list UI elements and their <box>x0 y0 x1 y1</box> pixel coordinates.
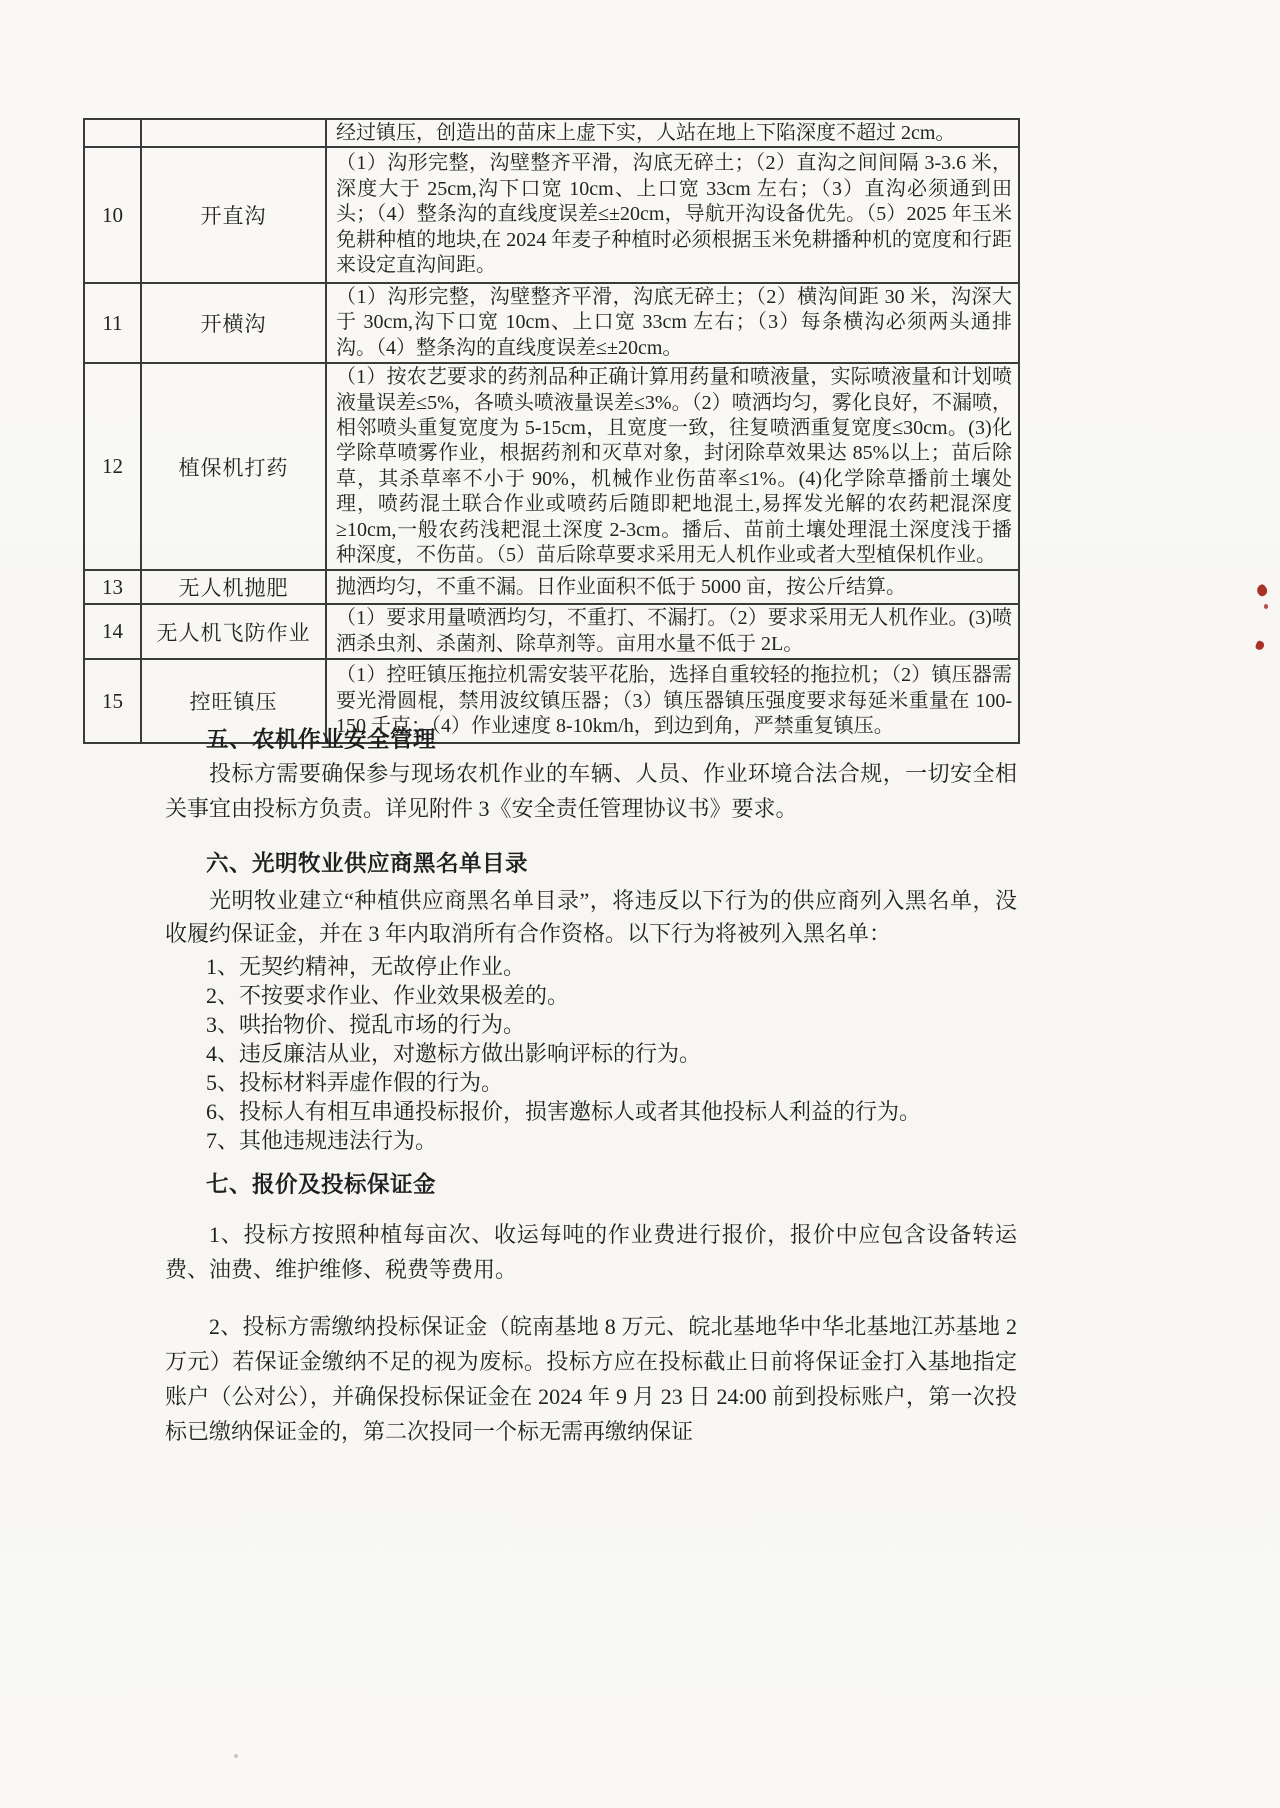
operation-name: 植保机打药 <box>141 363 326 570</box>
quotation-paragraph-2: 2、投标方需缴纳投标保证金（皖南基地 8 万元、皖北基地华中华北基地江苏基地 2… <box>165 1309 1017 1449</box>
red-ink-speck <box>1255 640 1266 651</box>
gray-dust-speck <box>234 1754 238 1758</box>
row-number: 15 <box>84 659 141 743</box>
list-item: 3、哄抬物价、搅乱市场的行为。 <box>206 1010 1017 1039</box>
operation-standards-table: 经过镇压，创造出的苗床上虚下实，人站在地上下陷深度不超过 2cm。 10 开直沟… <box>83 118 1020 744</box>
list-item: 1、无契约精神，无故停止作业。 <box>206 952 1017 981</box>
operation-name-cell-empty <box>141 119 326 147</box>
operation-standard-text: （1）要求用量喷洒均匀，不重打、不漏打。（2）要求采用无人机作业。(3)喷洒杀虫… <box>326 604 1019 659</box>
operation-name: 无人机抛肥 <box>141 570 326 604</box>
row-number: 13 <box>84 570 141 604</box>
table-row-carryover: 经过镇压，创造出的苗床上虚下实，人站在地上下陷深度不超过 2cm。 <box>84 119 1019 147</box>
list-item: 7、其他违规违法行为。 <box>206 1126 1017 1155</box>
operation-name: 开横沟 <box>141 283 326 363</box>
quotation-paragraph-1: 1、投标方按照种植每亩次、收运每吨的作业费进行报价，报价中应包含设备转运费、油费… <box>165 1217 1017 1287</box>
safety-paragraph: 投标方需要确保参与现场农机作业的车辆、人员、作业环境合法合规，一切安全相关事宜由… <box>165 756 1017 826</box>
row-number: 11 <box>84 283 141 363</box>
table-row: 14 无人机飞防作业 （1）要求用量喷洒均匀，不重打、不漏打。（2）要求采用无人… <box>84 604 1019 659</box>
row-number-cell-empty <box>84 119 141 147</box>
blacklist-intro-paragraph: 光明牧业建立“种植供应商黑名单目录”，将违反以下行为的供应商列入黑名单，没收履约… <box>165 884 1017 950</box>
operation-name: 开直沟 <box>141 147 326 283</box>
row-number: 12 <box>84 363 141 570</box>
list-item: 6、投标人有相互串通投标报价，损害邀标人或者其他投标人利益的行为。 <box>206 1097 1017 1126</box>
scanned-page: 经过镇压，创造出的苗床上虚下实，人站在地上下陷深度不超过 2cm。 10 开直沟… <box>0 0 1280 1808</box>
list-item: 4、违反廉洁从业，对邀标方做出影响评标的行为。 <box>206 1039 1017 1068</box>
operation-name: 无人机飞防作业 <box>141 604 326 659</box>
blacklist-items: 1、无契约精神，无故停止作业。 2、不按要求作业、作业效果极差的。 3、哄抬物价… <box>206 952 1017 1155</box>
operation-standard-text: （1）按农艺要求的药剂品种正确计算用药量和喷液量，实际喷液量和计划喷液量误差≤5… <box>326 363 1019 570</box>
document-body: 五、农机作业安全管理 投标方需要确保参与现场农机作业的车辆、人员、作业环境合法合… <box>165 722 1017 1449</box>
list-item: 2、不按要求作业、作业效果极差的。 <box>206 981 1017 1010</box>
red-ink-speck <box>1264 604 1268 609</box>
operation-standard-text: （1）沟形完整，沟壁整齐平滑，沟底无碎土；（2）横沟间距 30 米，沟深大于 3… <box>326 283 1019 363</box>
section-heading-blacklist: 六、光明牧业供应商黑名单目录 <box>206 848 1017 880</box>
operation-standard-text: 经过镇压，创造出的苗床上虚下实，人站在地上下陷深度不超过 2cm。 <box>326 119 1019 147</box>
table-row: 11 开横沟 （1）沟形完整，沟壁整齐平滑，沟底无碎土；（2）横沟间距 30 米… <box>84 283 1019 363</box>
operation-standard-text: （1）沟形完整，沟壁整齐平滑，沟底无碎土；（2）直沟之间间隔 3-3.6 米，深… <box>326 147 1019 283</box>
table-row: 12 植保机打药 （1）按农艺要求的药剂品种正确计算用药量和喷液量，实际喷液量和… <box>84 363 1019 570</box>
red-ink-speck <box>1255 583 1270 598</box>
section-heading-quotation: 七、报价及投标保证金 <box>206 1169 1017 1201</box>
section-heading-safety: 五、农机作业安全管理 <box>206 724 1017 756</box>
list-item: 5、投标材料弄虚作假的行为。 <box>206 1068 1017 1097</box>
table-row: 10 开直沟 （1）沟形完整，沟壁整齐平滑，沟底无碎土；（2）直沟之间间隔 3-… <box>84 147 1019 283</box>
operation-standard-text: 抛洒均匀，不重不漏。日作业面积不低于 5000 亩，按公斤结算。 <box>326 570 1019 604</box>
row-number: 14 <box>84 604 141 659</box>
table-row: 13 无人机抛肥 抛洒均匀，不重不漏。日作业面积不低于 5000 亩，按公斤结算… <box>84 570 1019 604</box>
row-number: 10 <box>84 147 141 283</box>
